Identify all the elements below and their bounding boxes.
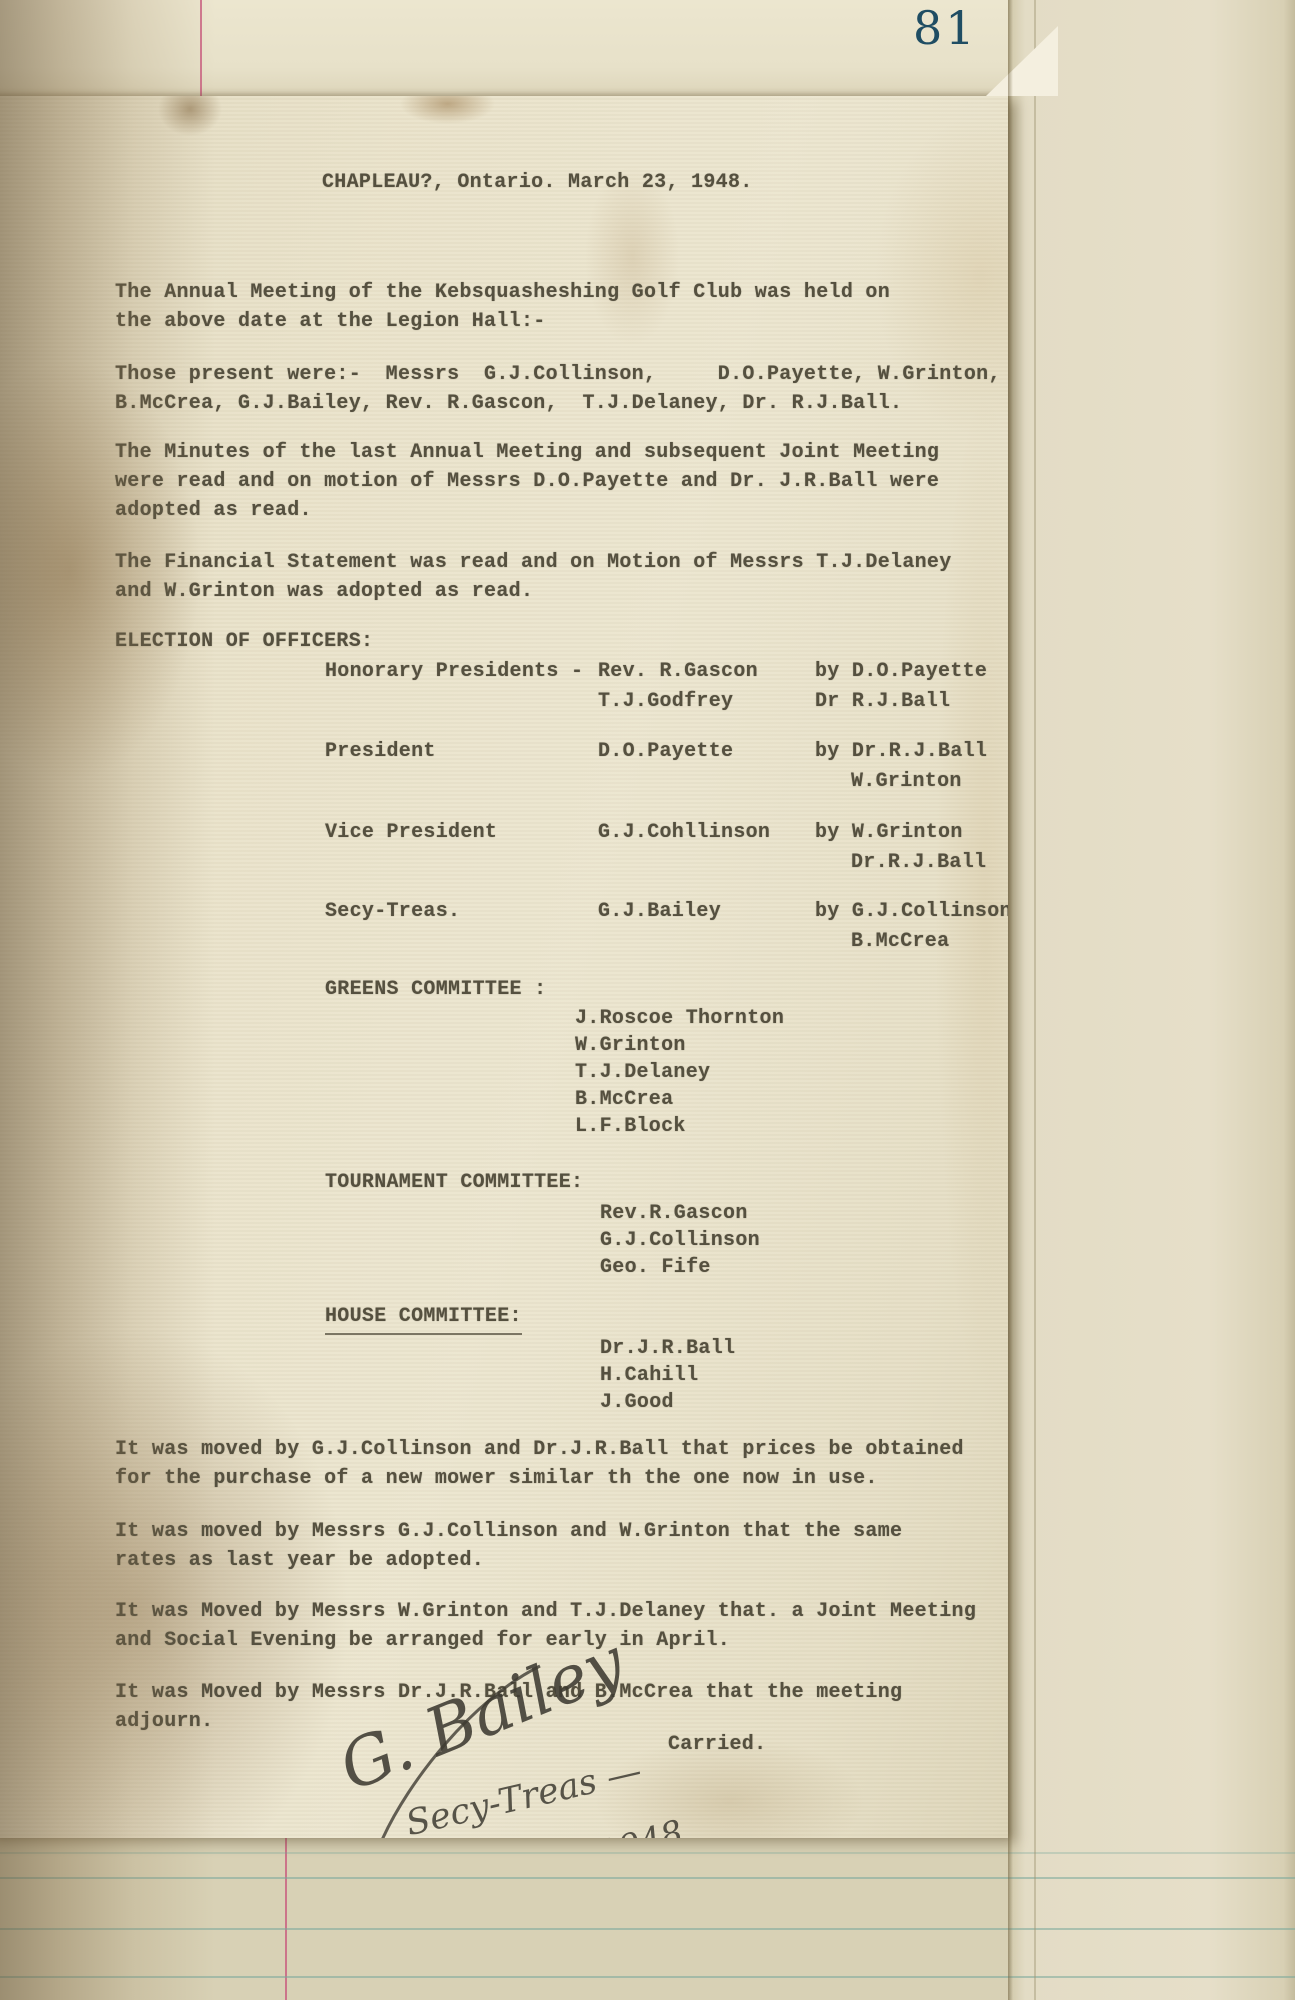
paragraph-rates: It was moved by Messrs G.J.Collinson and… [115,1517,902,1575]
scanned-ledger-page: 81 CHAPLEAU?, Ontario. March 23, 1948. T… [0,0,1295,2000]
greens-committee-members: J.Roscoe Thornton W.Grinton T.J.Delaney … [575,1005,784,1140]
member-name: Rev.R.Gascon [600,1200,760,1227]
text-line: The Financial Statement was read and on … [115,548,952,577]
signature-year: 1948 [593,1813,687,1838]
officer-moved-by: by G.J.Collinson B.McCrea [815,897,1008,957]
paper-stain [400,96,495,124]
paragraph-minutes: The Minutes of the last Annual Meeting a… [115,438,939,525]
member-name: L.F.Block [575,1113,784,1140]
officer-row-vice-president: Vice President G.J.Cohllinson by W.Grint… [325,818,1005,880]
section-heading: ELECTION OF OFFICERS: [115,627,373,656]
member-name: G.J.Collinson [600,1227,760,1254]
member-name: T.J.Delaney [575,1059,784,1086]
text-line: CHAPLEAU?, Ontario. March 23, 1948. [322,168,753,197]
greens-committee-heading: GREENS COMMITTEE : [325,975,546,1004]
ledger-crease [1034,0,1036,2000]
ledger-right-strip [1008,0,1295,2000]
margin-line-top [200,0,202,96]
moved-by-line: W.Grinton [851,767,987,797]
text-line: It was Moved by Messrs W.Grinton and T.J… [115,1597,976,1626]
text-line: It was moved by Messrs G.J.Collinson and… [115,1517,902,1546]
paper-stain [935,396,1008,1396]
officer-moved-by: by D.O.Payette Dr R.J.Ball [815,657,987,717]
text-line: Those present were:- Messrs G.J.Collinso… [115,360,1001,389]
officer-name: T.J.Godfrey [598,687,758,717]
text-line: adopted as read. [115,496,939,525]
handwritten-signature: G. Bailey Secy-Treas — 1948 [300,1630,730,1838]
paper-stain [158,96,222,136]
officer-name: G.J.Bailey [598,897,721,927]
officer-names: Rev. R.Gascon T.J.Godfrey [598,657,758,717]
text-line: and W.Grinton was adopted as read. [115,577,952,606]
officer-name: D.O.Payette [598,737,733,767]
member-name: J.Roscoe Thornton [575,1005,784,1032]
paragraph-annual-meeting: The Annual Meeting of the Kebsquasheshin… [115,278,890,336]
sheet-right-edge [1008,0,1013,2000]
officer-row-president: President D.O.Payette by Dr.R.J.Ball W.G… [325,737,1005,799]
text-line: for the purchase of a new mower similar … [115,1464,964,1493]
ledger-rule [0,1976,1295,1978]
officer-office: Vice President [325,818,497,848]
election-heading: ELECTION OF OFFICERS: [115,627,373,656]
typed-minutes-sheet: CHAPLEAU?, Ontario. March 23, 1948. The … [0,96,1008,1838]
moved-by-line: Dr.R.J.Ball [851,848,986,878]
officer-names: G.J.Bailey [598,897,721,927]
officer-office: President [325,737,436,767]
officer-row-honorary: Honorary Presidents - Rev. R.Gascon T.J.… [325,657,1005,719]
paragraph-financial: The Financial Statement was read and on … [115,548,952,606]
member-name: Dr.J.R.Ball [600,1335,735,1362]
officer-row-secy-treas: Secy-Treas. G.J.Bailey by G.J.Collinson … [325,897,1005,959]
section-heading: HOUSE COMMITTEE: [325,1302,522,1335]
text-line: the above date at the Legion Hall:- [115,307,890,336]
member-name: H.Cahill [600,1362,735,1389]
officer-moved-by: by W.Grinton Dr.R.J.Ball [815,818,986,878]
dateline: CHAPLEAU?, Ontario. March 23, 1948. [322,168,753,197]
ledger-rule [0,1877,1295,1879]
moved-by-line: by G.J.Collinson [815,897,1008,927]
officer-office: Secy-Treas. [325,897,460,927]
moved-by-line: Dr R.J.Ball [815,687,987,717]
officer-names: D.O.Payette [598,737,733,767]
member-name: W.Grinton [575,1032,784,1059]
text-line: rates as last year be adopted. [115,1546,902,1575]
moved-by-line: B.McCrea [851,927,1008,957]
ledger-rule [0,1928,1295,1930]
text-line: It was moved by G.J.Collinson and Dr.J.R… [115,1435,964,1464]
officer-names: G.J.Cohllinson [598,818,770,848]
officer-moved-by: by Dr.R.J.Ball W.Grinton [815,737,987,797]
moved-by-line: by D.O.Payette [815,657,987,687]
moved-by-line: by Dr.R.J.Ball [815,737,987,767]
member-name: J.Good [600,1389,735,1416]
tournament-committee-heading: TOURNAMENT COMMITTEE: [325,1168,583,1197]
officer-name: Rev. R.Gascon [598,657,758,687]
text-line: B.McCrea, G.J.Bailey, Rev. R.Gascon, T.J… [115,389,1001,418]
member-name: Geo. Fife [600,1254,760,1281]
page-number: 81 [913,2,978,54]
section-heading: TOURNAMENT COMMITTEE: [325,1168,583,1197]
officer-name: G.J.Cohllinson [598,818,770,848]
house-committee-members: Dr.J.R.Ball H.Cahill J.Good [600,1335,735,1416]
member-name: B.McCrea [575,1086,784,1113]
paper-texture [0,96,1008,1838]
section-heading: GREENS COMMITTEE : [325,975,546,1004]
text-line: The Annual Meeting of the Kebsquasheshin… [115,278,890,307]
paper-stain [0,1330,350,1838]
text-line: The Minutes of the last Annual Meeting a… [115,438,939,467]
moved-by-line: by W.Grinton [815,818,986,848]
paragraph-those-present: Those present were:- Messrs G.J.Collinso… [115,360,1001,418]
tournament-committee-members: Rev.R.Gascon G.J.Collinson Geo. Fife [600,1200,760,1281]
text-line: were read and on motion of Messrs D.O.Pa… [115,467,939,496]
officer-office: Honorary Presidents - [325,657,583,687]
paragraph-mower: It was moved by G.J.Collinson and Dr.J.R… [115,1435,964,1493]
ledger-rule [0,1852,1295,1854]
house-committee-heading: HOUSE COMMITTEE: [325,1302,522,1335]
